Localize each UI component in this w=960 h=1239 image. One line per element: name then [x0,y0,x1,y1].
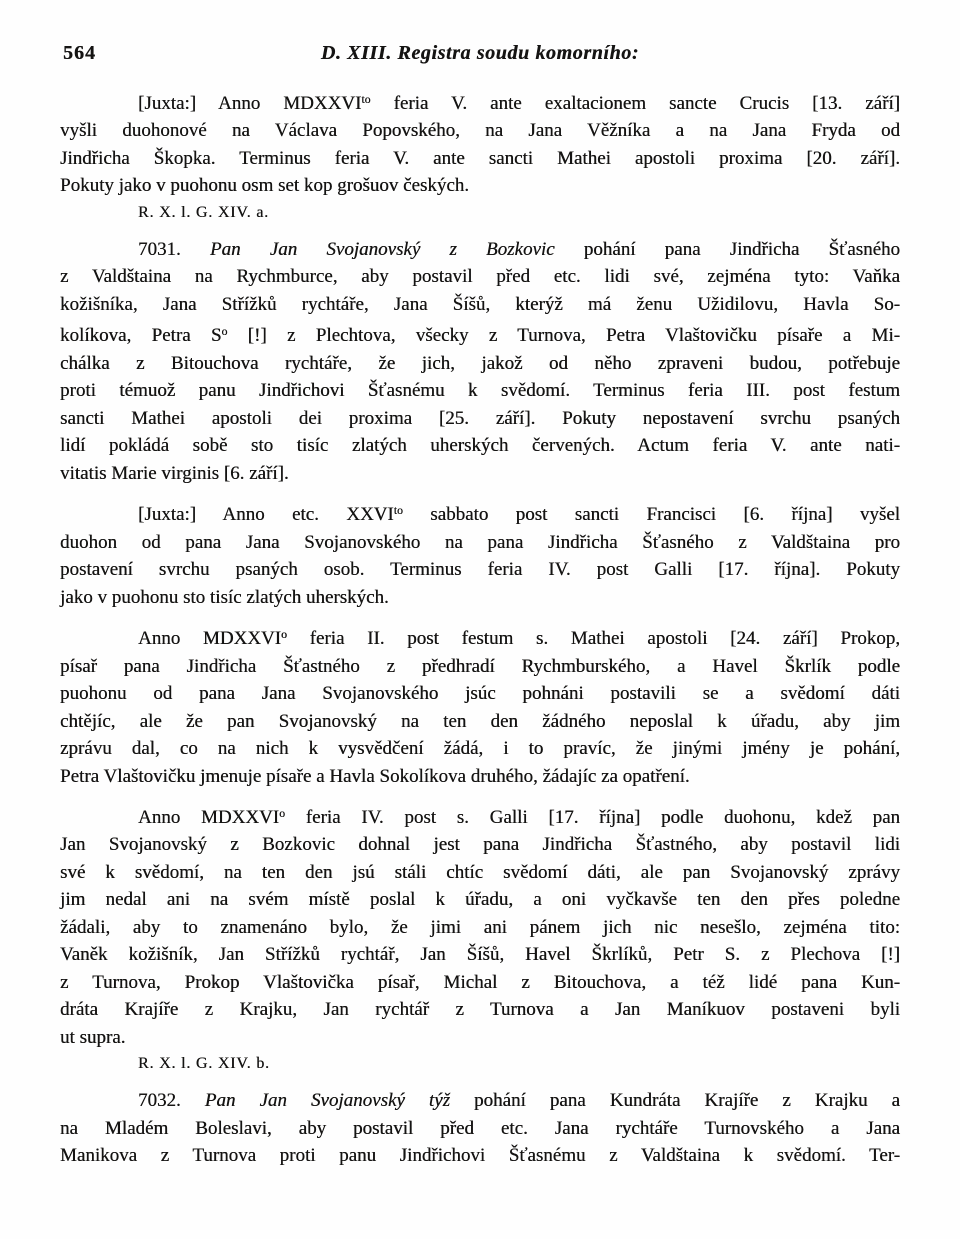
entry-title-italic: Pan Jan Svojanovský týž [205,1090,450,1111]
text-line: kolíkova, Petra So [!] z Plechtova, všec… [60,318,900,349]
paragraph-juxta-1: [Juxta:] Anno MDXXVIto feria V. ante exa… [60,86,900,226]
line-text: [!] z Plechtova, všecky z Turnova, Petra… [227,325,900,346]
text-line: puohonu od pana Jana Svojanovského jsúc … [60,680,900,708]
text-line: 7032. Pan Jan Svojanovský týž pohání pan… [60,1087,900,1115]
text-line: [Juxta:] Anno etc. XXVIto sabbato post s… [60,497,900,528]
text-line: Manikova z Turnova proti panu Jindřichov… [60,1142,900,1170]
archive-source-reference: R. X. l. G. XIV. b. [60,1051,900,1077]
line-text: pohání pana Jindřicha Šťasného [555,239,900,260]
line-text: Anno MDXXVI [138,628,281,649]
text-line: na Mladém Boleslavi, aby postavil před e… [60,1115,900,1143]
text-line: ut supra. [60,1024,900,1052]
running-title: D. XIII. Registra soudu komorního: [60,42,900,65]
text-line: jako v puohonu sto tisíc zlatých uherský… [60,584,900,612]
text-line: z Turnova, Prokop Vlaštovička písař, Mic… [60,969,900,997]
archive-source-reference: R. X. l. G. XIV. a. [60,200,900,226]
text-line: své k svědomí, na ten den jsú stáli chtí… [60,859,900,887]
text-line: Vaněk kožišník, Jan Střížků rychtář, Jan… [60,941,900,969]
paragraph-entry-7031: 7031. Pan Jan Svojanovský z Bozkovic poh… [60,236,900,487]
paragraph-anno-feria-2: Anno MDXXVIo feria II. post festum s. Ma… [60,621,900,790]
entry-number: 7032. [138,1090,205,1111]
text-line: Jan Svojanovský z Bozkovic dohnal jest p… [60,831,900,859]
superscript-text: to [361,93,370,106]
text-line: kožišníka, Jana Střížků rychtáře, Jana Š… [60,291,900,319]
text-line: duohon od pana Jana Svojanovského na pan… [60,529,900,557]
line-text: kolíkova, Petra S [60,325,221,346]
text-line: proti témuož panu Jindřichovi Šťasnému k… [60,377,900,405]
line-text: [Juxta:] Anno MDXXVI [138,93,361,114]
text-line: Anno MDXXVIo feria IV. post s. Galli [17… [60,800,900,831]
line-text: pohání pana Kundráta Krajíře z Krajku a [450,1090,900,1111]
text-line: lidí pokládá sobě sto tisíc zlatých uher… [60,432,900,460]
line-text: sabbato post sancti Francisci [6. října]… [403,504,900,525]
text-line: Petra Vlaštovičku jmenuje písaře a Havla… [60,763,900,791]
paragraph-anno-feria-4: Anno MDXXVIo feria IV. post s. Galli [17… [60,800,900,1077]
superscript-text: to [394,504,403,517]
paragraph-juxta-2: [Juxta:] Anno etc. XXVIto sabbato post s… [60,497,900,611]
line-text: feria IV. post s. Galli [17. října] podl… [285,807,900,828]
text-line: jim nedal ani na svém místě poslal k úřa… [60,886,900,914]
text-line: chálka z Bitouchova rychtáře, že jich, j… [60,350,900,378]
line-text: Anno MDXXVI [138,807,279,828]
line-text: [Juxta:] Anno etc. XXVI [138,504,394,525]
text-line: Jindřicha Škopka. Terminus feria V. ante… [60,145,900,173]
text-line: vitatis Marie virginis [6. září]. [60,460,900,488]
text-line: žádali, aby to znamenáno bylo, že jimi a… [60,914,900,942]
line-text: feria II. post festum s. Mathei apostoli… [287,628,900,649]
text-line: dráta Krajíře z Krajku, Jan rychtář z Tu… [60,996,900,1024]
page-header: 564 D. XIII. Registra soudu komorního: [60,42,900,70]
text-line: chtějíc, ale že pan Svojanovský na ten d… [60,708,900,736]
line-text: feria V. ante exaltacionem sancte Crucis… [371,93,900,114]
page-number: 564 [63,42,96,65]
text-line: postavení svrchu psaných osob. Terminus … [60,556,900,584]
text-line: zprávu dal, co na nich k vysvědčení žádá… [60,735,900,763]
text-line: písař pana Jindřicha Šťastného z předhra… [60,653,900,681]
text-line: sancti Mathei apostoli dei proxima [25. … [60,405,900,433]
text-line: [Juxta:] Anno MDXXVIto feria V. ante exa… [60,86,900,117]
text-line: z Valdštaina na Rychmburce, aby postavil… [60,263,900,291]
entry-number: 7031. [138,239,210,260]
text-line: Pokuty jako v puohonu osm set kop grošuo… [60,172,900,200]
text-line: 7031. Pan Jan Svojanovský z Bozkovic poh… [60,236,900,264]
book-page: 564 D. XIII. Registra soudu komorního: [… [0,0,960,1239]
text-line: vyšli duohonové na Václava Popovského, n… [60,117,900,145]
paragraph-entry-7032: 7032. Pan Jan Svojanovský týž pohání pan… [60,1087,900,1170]
entry-title-italic: Pan Jan Svojanovský z Bozkovic [210,239,555,260]
page-content: [Juxta:] Anno MDXXVIto feria V. ante exa… [60,86,900,1180]
text-line: Anno MDXXVIo feria II. post festum s. Ma… [60,621,900,652]
